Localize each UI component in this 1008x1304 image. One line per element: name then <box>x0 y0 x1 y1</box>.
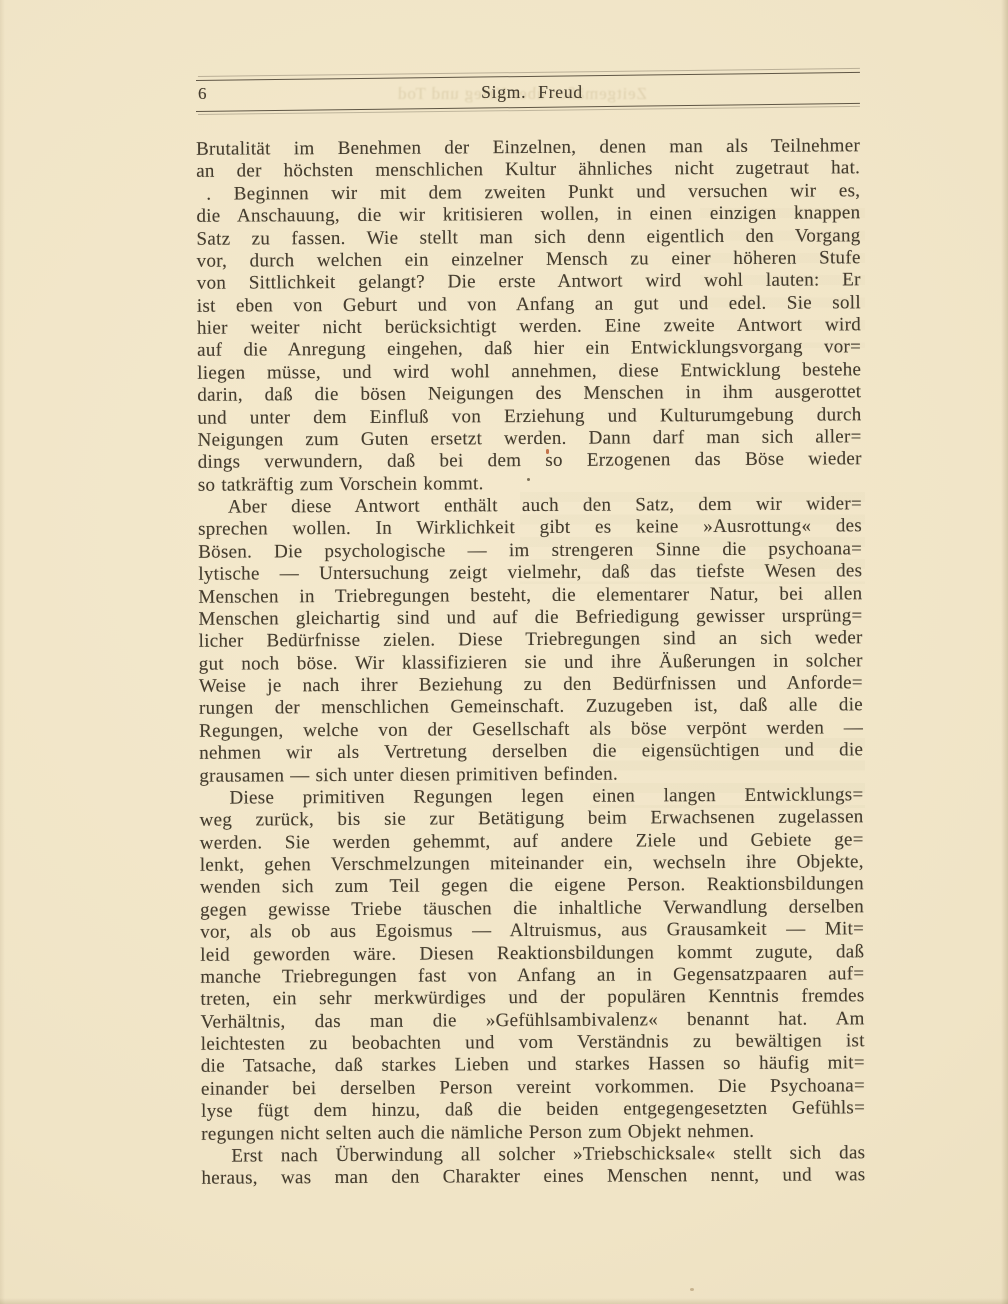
text-line: lytische — Untersuchung zeigt vielmehr, … <box>198 560 862 586</box>
text-line: sprechen wollen. In Wirklichkeit gibt es… <box>198 516 862 542</box>
page-edge-right <box>1001 0 1008 1304</box>
text-line: treten, ein sehr merkwürdiges und der po… <box>200 986 864 1012</box>
text-line: und unter dem Einfluß von Erziehung und … <box>197 404 861 430</box>
page-number: 6 <box>198 84 207 104</box>
text-line: die Anschauung, die wir kritisieren woll… <box>196 202 860 228</box>
text-line: lyse fügt dem hinzu, daß die beiden entg… <box>201 1097 865 1123</box>
page-edge-left <box>0 0 5 1304</box>
running-head-title: Sigm. Freud <box>481 82 583 103</box>
text-line: leid geworden wäre. Diesen Reaktionsbild… <box>200 941 864 967</box>
text-line: vor, als ob aus Egoismus — Altruismus, a… <box>200 918 864 944</box>
header-rule-bottom <box>196 103 860 113</box>
text-line: licher Bedürfnisse zielen. Diese Triebre… <box>199 628 863 654</box>
header-rule-top <box>196 72 860 82</box>
text-line: Menschen in Triebregungen besteht, die e… <box>198 583 862 609</box>
text-line: von Sittlichkeit gelangt? Die erste Antw… <box>197 270 861 296</box>
text-line: wenden sich zum Teil gegen die eigene Pe… <box>200 874 864 900</box>
text-line: darin, daß die bösen Neigungen des Mensc… <box>197 381 861 407</box>
text-line: an der höchsten menschlichen Kultur ähnl… <box>196 158 860 184</box>
text-block: Brutalität im Benehmen der Einzelnen, de… <box>196 135 865 1190</box>
text-line: auf die Anregung eingehen, daß hier ein … <box>197 337 861 363</box>
foxing-speck <box>690 1288 694 1291</box>
text-line: Satz zu fassen. Wie stellt man sich denn… <box>196 225 860 251</box>
text-line: weg zurück, bis sie zur Betätigung beim … <box>200 807 864 833</box>
text-line: die Tatsache, daß starkes Lieben und sta… <box>201 1053 865 1079</box>
text-line: rungen der menschlichen Gemeinschaft. Zu… <box>199 695 863 721</box>
page-edge-bottom <box>0 1298 1008 1304</box>
text-line: nehmen wir als Vertretung derselben die … <box>199 739 863 765</box>
text-line: heraus, was man den Charakter eines Mens… <box>201 1164 865 1190</box>
text-line: dings verwundern, daß bei dem so Erzogen… <box>198 449 862 475</box>
scanned-book-page: Zeitgemäßes über Krieg und Tod 6 Sigm. F… <box>0 0 1008 1304</box>
